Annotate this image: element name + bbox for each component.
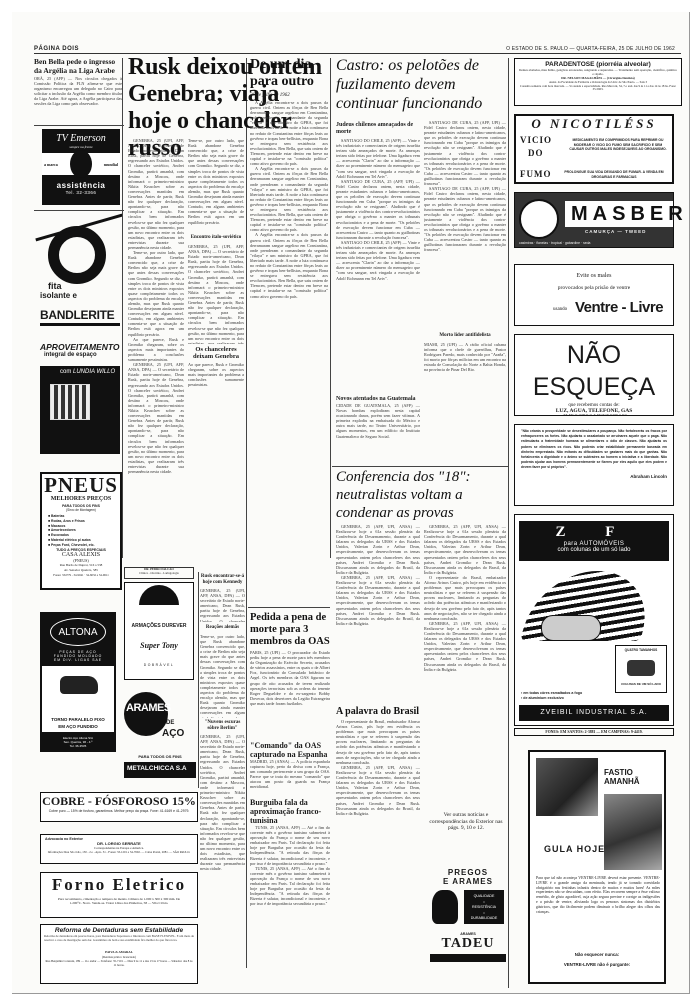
brand: ARMAÇÕES DUREVER — [125, 623, 193, 629]
fabrics: CAMURÇA — TWEED — [585, 229, 646, 234]
vise-image: TORNO PARALELO FIXO EM AÇO FUNDIDO — [42, 666, 114, 732]
brand-oval: ALTONA — [50, 618, 106, 646]
divider — [40, 323, 120, 326]
hours: Consulta somente com hora marcada. — Só … — [519, 85, 677, 92]
text: Ao que parece, Rusk e Gromiko chegaram, … — [188, 362, 244, 562]
line1: Evite os males — [515, 273, 673, 279]
title: Forno Eletrico — [41, 873, 197, 897]
conferencia-col1: GENEBRA, 25 (AFP, UPI, ANSA) — Realizou-… — [336, 524, 420, 704]
text: GENEBRA, 25 (UPI, AFP, ANSA, DPA) — O se… — [188, 244, 244, 344]
text: MIAMI, 25 (UPI) — A rádio oficial cubana… — [424, 342, 506, 390]
subhead: Burguiba fala da aproximação franco-tuni… — [250, 798, 330, 825]
text: Para que tal não aconteça VENTRE-LIVRE d… — [536, 876, 660, 914]
headline-castro: Castro: os pelotões de fuzilamento devem… — [336, 56, 506, 113]
pneus-list: ■ Baterias ■ Rodas, Aros e Frisos ■ Maca… — [48, 514, 120, 548]
text: GENEBRA, 25 (UPI, AFP, ANSA, DPA) — O se… — [200, 734, 245, 954]
subhead: Os chanceleres deixam Genebra — [188, 346, 244, 360]
car-rear-icon — [627, 660, 655, 676]
umbrella-icon — [139, 585, 179, 605]
subtitle: MELHORES PREÇOS — [42, 496, 120, 502]
ad-fastio-gula: FASTIO AMANHÃ GULA HOJE Para que tal não… — [528, 750, 666, 984]
brand: TV Emerson — [42, 133, 120, 145]
line2: provocados pela prisão de ventre — [515, 285, 673, 291]
q1: QUALIDADE — [464, 894, 504, 900]
article-de-um-dia: De um dia para outro 26 de julho de 1962… — [250, 56, 328, 540]
globe-icon — [70, 150, 92, 178]
line2: isolante e — [40, 291, 77, 300]
ad-paradentose: PARADENTOSE (piorréia alveolar) Dentes a… — [514, 58, 682, 106]
ad-lincoln-quote: "Não criarás a prosperidade se desestimu… — [514, 424, 674, 506]
q3: DURABILIDADE — [464, 916, 504, 922]
left3: FUMO — [520, 169, 552, 179]
subtitle: integral de espaço — [44, 352, 120, 358]
quality-box: QUALIDADE• RESISTÊNCIA• DURABILIDADE — [464, 890, 504, 924]
band: a marca mundial — [42, 153, 120, 175]
child-photo-2 — [604, 794, 662, 870]
conferencia-col3: A palavra do Brasil O representante do B… — [336, 706, 420, 976]
quote: "Não criarás a prosperidade se desestimu… — [521, 429, 667, 471]
model: Super Tony — [125, 641, 193, 650]
service: assistência — [42, 181, 120, 190]
text: Cobre puro — 15% de fosforo, garantimos.… — [41, 809, 197, 813]
brand: ZVEIBIL INDUSTRIAL S.A. — [519, 705, 669, 721]
footer2: VENTRE-LIVRE não é purgante: — [530, 962, 664, 967]
rusk-body-col2: Teme-se, por outro lado, que Rusk abando… — [188, 138, 244, 568]
divider — [248, 607, 330, 608]
shelving-image: com LUNDIA WILLO — [40, 366, 120, 454]
title1: FASTIO AMANHÃ — [604, 768, 664, 786]
divider — [34, 210, 124, 211]
page-label: PÁGINA DOIS — [34, 46, 79, 52]
subhead: Judeus chilenos ameaçados de morte — [336, 122, 420, 136]
text: Teme-se, por outro lado, que Rusk abando… — [188, 138, 244, 232]
subhead: Rusk encontrar-se-á hoje com Kennedy — [200, 574, 245, 586]
badge-bottom: COLUNAS DE UM SÓ LADO — [616, 682, 666, 686]
title: APROVEITAMENTO — [40, 342, 120, 352]
text: MEDICAMENTO EM COMPRIMIDOS PARA REPRIMIR… — [568, 138, 668, 152]
badge-box: QUATRO TAMANHOS COLUNAS DE UM SÓ LADO — [615, 645, 667, 693]
text: GENEBRA, 25 (UPI, AFP, ANSA, DPA) — O se… — [200, 588, 245, 622]
brand: Ventre - Livre — [575, 299, 663, 316]
text: Reforma de dentaduras em poucas horas, p… — [44, 935, 194, 950]
line2: E ARAMES — [430, 877, 506, 886]
ad-zveibil: Z F para AUTOMÓVEIS com colunas de um só… — [514, 514, 674, 726]
column-rule — [330, 58, 331, 558]
ad-nicotiless: O NICOTILÉSS VICIO DO FUMO MEDICAMENTO E… — [514, 114, 674, 184]
tag: PARA TODOS OS FINS — [124, 754, 196, 759]
rusk-body-col3: Rusk encontrar-se-á hoje com Kennedy GEN… — [200, 572, 245, 972]
text: SANTIAGO DE CUBA, 25 (AFP, UPI) — Fidel … — [424, 120, 506, 330]
title: PNEUS — [42, 474, 120, 496]
castro-col2: SANTIAGO DE CUBA, 25 (AFP, UPI) — Fidel … — [424, 120, 506, 390]
subhead: Reações alemãs — [200, 624, 245, 632]
see-other-news-note: Ver outras notícias e correspondências d… — [426, 812, 506, 832]
column-rule — [198, 572, 199, 788]
shelf-illustration — [50, 384, 90, 420]
ad-altona: ALTONA PEÇAS DE AÇO FUNDIDO MOLDADO EM D… — [40, 612, 116, 752]
label-right: mundial — [104, 162, 118, 167]
ad-forno: Forno Eletrico Para recozimento, cimenta… — [40, 872, 198, 918]
headline-conferencia: Conferencia dos "18": neutralistas volta… — [336, 468, 506, 522]
article-oas: Pedida a pena de morte para 3 membros da… — [250, 612, 330, 982]
divider — [34, 125, 124, 126]
line1: fita — [48, 282, 62, 291]
conferencia-col2: GENEBRA, 25 (AFP, UPI, ANSA) — Realizou-… — [424, 524, 506, 809]
title: PARADENTOSE (piorréia alveolar) — [519, 61, 677, 68]
ad-serrate: Advocacia no Exterior DR. LORGIO SERRATE… — [40, 834, 198, 864]
masber-seal-icon — [519, 199, 559, 239]
masthead-date: O ESTADO DE S. PAULO — QUARTA-FEIRA, 25 … — [506, 46, 675, 52]
bottom: casimiras · flanelas · tropical · gabard… — [519, 241, 590, 245]
subhead: Morto líder antifidelista — [424, 332, 506, 340]
headline: De um dia para outro — [250, 56, 328, 90]
addr: Rua Benjamin Constant, 189 — 11o andar —… — [44, 960, 194, 967]
tag: DOBRÁVEL — [125, 663, 193, 667]
left1: VICIO — [520, 134, 552, 147]
phones: Fones: 334779 - 34-9041 · 34-6032 e 34-9… — [42, 573, 120, 578]
divider — [332, 466, 508, 467]
ad-nao-esqueca: NÃO ESQUEÇA que recebemos contas de: LUZ… — [514, 334, 674, 416]
text: Para recozimento, cimentação e tempera d… — [41, 897, 197, 905]
title: O NICOTILÉSS — [516, 116, 672, 132]
product1: TORNO PARALELO FIXO — [42, 717, 114, 722]
subhead: "Nuvens escuras sôbre Berlim" — [200, 720, 245, 732]
brand: MASBER — [571, 201, 688, 227]
bullets: ▪ em todas côres esmaltados a fogo ▪ de … — [521, 691, 601, 701]
car-icon — [541, 615, 601, 641]
title: Z F — [519, 521, 669, 541]
zveibil-phones: FONES: EM SANTOS: 2-3881 — EM CAMPINAS: … — [514, 728, 674, 736]
column-rule — [122, 58, 123, 558]
brand: METALCHICCA S.A — [124, 762, 196, 778]
line3: e IMPOSTOS MUNICIPAIS. — [515, 414, 673, 416]
ad-metalchicca: ARAMES DE AÇO PARA TODOS OS FINS METALCH… — [124, 692, 196, 782]
text: SANTIAGO DO CHILE, 25 (AFP) — Vinte e tr… — [336, 138, 420, 388]
line1: ARAMES — [126, 702, 171, 714]
label-left: a marca — [44, 162, 58, 167]
ad-durever: ARMAÇÕES DUREVER Super Tony DOBRÁVEL — [124, 582, 194, 680]
headline: Novos atentados na Guatemala — [336, 396, 420, 403]
ad-masber: MASBER CAMURÇA — TWEED casimiras · flane… — [514, 192, 674, 248]
text: MADRID, 25 (ANSA) — A polícia espanhola … — [250, 759, 330, 795]
footer: PROLONGUE SUA VIDA DEIXANDO DE FUMAR. A … — [556, 170, 672, 179]
ad-falcao: DR. PEDRO FALCÃO Clínica - Otorrino - La… — [124, 567, 194, 579]
rusk-body-col1: GENEBRA, 25 (UPI, AFP, ANSA, DPA) — O se… — [128, 138, 184, 558]
info: Informações: Rua São João, 150 - 2.o - A… — [45, 851, 193, 855]
article-body: A Argélia encontra-se a dois passos da g… — [250, 100, 328, 540]
line1: Dentes abalados, mau hálito, gengivas ar… — [519, 68, 677, 76]
title: COBRE - FÓSFOROSO 15% — [41, 793, 197, 809]
with: com — [60, 369, 71, 375]
ad-tadeu: PREGOS E ARAMES QUALIDADE• RESISTÊNCIA• … — [430, 868, 506, 968]
footer1: Não esquecer nunca: — [530, 952, 664, 957]
headline: Pedida a pena de morte para 3 membros da… — [250, 612, 330, 648]
castro-col1: Judeus chilenos ameaçados de morte SANTI… — [336, 120, 420, 390]
badge-top: QUATRO TAMANHOS — [616, 648, 666, 652]
tagline: sempre na frente — [42, 145, 120, 149]
left-words: VICIO DO — [520, 134, 552, 160]
fist-icon — [432, 890, 458, 924]
subhead: Encontro ítalo-soviético — [188, 234, 244, 242]
title-band: Z F para AUTOMÓVEIS com colunas de um só… — [519, 521, 669, 561]
line2: com colunas de um só lado — [519, 547, 669, 553]
ad-cobre: COBRE - FÓSFOROSO 15% Cobre puro — 15% d… — [40, 792, 198, 822]
newspaper-page: PÁGINA DOIS O ESTADO DE S. PAULO — QUART… — [12, 12, 690, 994]
title: Reforma de Dentaduras sem Estabilidade — [44, 927, 194, 934]
column-rule — [246, 58, 247, 968]
dateline: 26 de julho de 1962 — [250, 93, 328, 98]
column-rule — [508, 58, 509, 988]
vise-icon — [60, 676, 98, 694]
article-body: ORÃ, 25 (AFP) — Nos círculos chegados à … — [34, 76, 122, 106]
line1: Clínica - Otorrino - Laringologia — [125, 572, 193, 576]
line2: DE — [166, 720, 174, 726]
text: O representante do Brasil, embaixador Af… — [336, 719, 420, 959]
text: CIDADE DE GUATEMALA, 25 (AFP) — Novas bo… — [336, 403, 420, 447]
child-photo-1 — [536, 758, 598, 816]
subhead: A palavra do Brasil — [336, 706, 420, 717]
article-guatemala: Novos atentados na Guatemala CIDADE DE G… — [336, 396, 420, 456]
text: PARIS, 25 (UPI) — O procurador do Estado… — [250, 650, 330, 738]
brand: LUNDIA WILLO — [73, 369, 115, 375]
ad-dentaduras: Reforma de Dentaduras sem Estabilidade R… — [40, 924, 198, 984]
subhead: "Comando" da OAS capturado na Espanha — [250, 741, 330, 759]
note: (Sirvo de Montagem) — [42, 508, 120, 512]
ad-ventre-livre: Evite os males provocados pela prisão de… — [514, 264, 674, 326]
footer-band — [430, 954, 506, 962]
left2: DO — [528, 147, 552, 160]
author: Abraham Lincoln — [521, 474, 667, 479]
using: usando — [553, 307, 567, 312]
phone: Tel. 36-3535 — [40, 744, 116, 748]
headline: Ben Bella pede o ingresso da Argélia na … — [34, 58, 122, 75]
text: Teme-se, por outro lado, que Rusk abando… — [200, 634, 245, 718]
line3: AÇO — [162, 728, 184, 739]
ad-bandlerite: fita isolante e — [34, 212, 124, 308]
ad-lundia: APROVEITAMENTO integral de espaço com LU… — [40, 342, 120, 467]
line3: EM DIV. LIGAS SAE — [40, 658, 116, 662]
text: TUNIS, 25 (ANSA, AFP) — Até o fim do cor… — [250, 825, 330, 925]
product2: EM AÇO FUNDIDO — [42, 724, 114, 729]
title2: GULA HOJE — [544, 844, 605, 854]
bandlerite-brand: BANDLERITE — [40, 308, 114, 322]
ad-tv-emerson: TV Emerson sempre na frente a marca mund… — [42, 129, 120, 205]
brand: TADEU — [430, 936, 506, 952]
phone: Tel. 32-3366 — [42, 190, 120, 195]
q2: RESISTÊNCIA — [464, 905, 504, 911]
title: NÃO ESQUEÇA — [515, 339, 673, 403]
line1: PREGOS — [430, 868, 506, 877]
ad-pneus: PNEUS MELHORES PREÇOS PARA TODOS OS FINS… — [40, 472, 122, 590]
article-ben-bella: Ben Bella pede o ingresso da Argélia na … — [34, 58, 122, 120]
